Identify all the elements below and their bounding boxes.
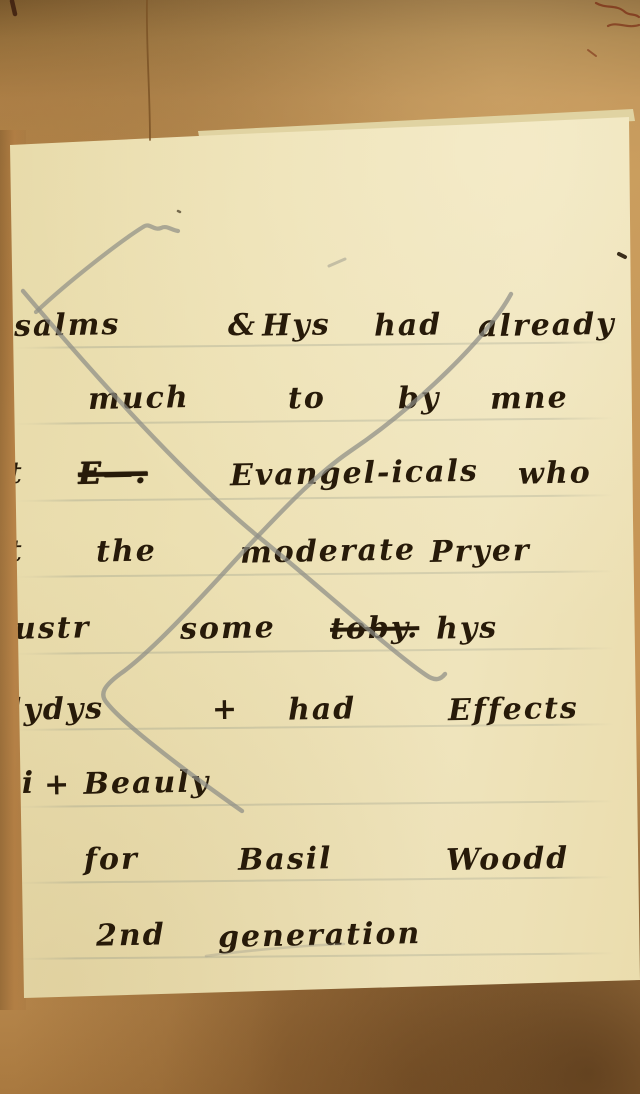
handwritten-word: the: [96, 533, 157, 569]
handwritten-word: salms: [14, 307, 121, 344]
handwritten-word: Hys: [262, 307, 331, 343]
handwritten-word: generation: [218, 916, 422, 955]
handwritten-word: Pryer: [430, 533, 531, 570]
handwritten-word: moderate: [240, 532, 417, 570]
handwritten-word: + Beauly: [44, 764, 211, 802]
ruled-line: [14, 876, 626, 884]
handwritten-word: to: [288, 381, 327, 417]
handwritten-word: mne: [490, 380, 569, 417]
handwritten-word: Basil: [238, 841, 333, 878]
handwritten-word: already: [478, 307, 616, 345]
handwritten-word: who: [518, 455, 592, 491]
handwritten-word: Woodd: [446, 841, 570, 878]
handwritten-word: for: [84, 841, 139, 877]
handwritten-word: some: [180, 610, 276, 647]
note-paper: salms&HyshadalreadymuchtobymnetE—.Evange…: [0, 0, 640, 1094]
handwritten-word: Evangel-icals: [230, 454, 479, 494]
scanned-page: salms&HyshadalreadymuchtobymnetE—.Evange…: [0, 0, 640, 1094]
ruled-line: [14, 570, 626, 578]
ruled-line: [14, 494, 626, 502]
handwritten-word: by: [398, 381, 441, 417]
handwritten-word: &: [228, 308, 258, 344]
handwritten-word: +: [212, 692, 240, 728]
handwritten-word: Effects: [448, 691, 579, 729]
handwritten-word: 2nd: [96, 917, 166, 953]
handwritten-word: had: [288, 691, 357, 727]
ruled-line: [14, 417, 626, 425]
handwritten-word: hys: [436, 610, 499, 646]
handwritten-word: ustr: [14, 610, 91, 646]
handwritten-word: toby.: [330, 610, 420, 647]
handwritten-word: much: [88, 380, 190, 417]
handwritten-word: lydys: [10, 691, 105, 728]
handwritten-word: E—.: [78, 455, 148, 491]
ruled-line: [14, 647, 626, 655]
handwritten-word: had: [374, 307, 443, 343]
